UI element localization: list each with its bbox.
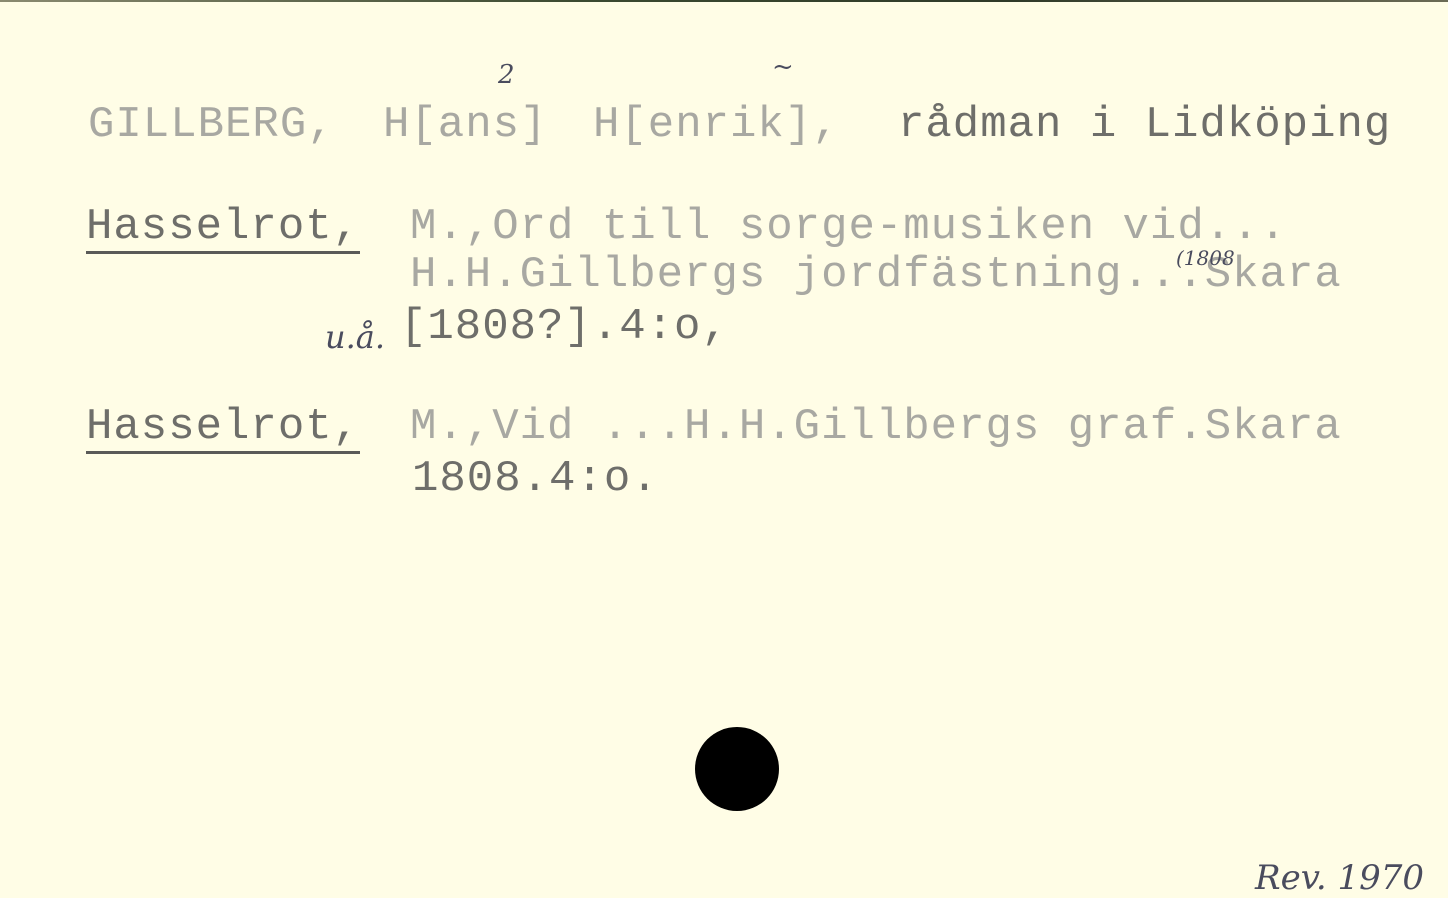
entry-1-author: Hasselrot, xyxy=(86,205,360,254)
revision-note: Rev. 1970 xyxy=(1255,858,1424,898)
entry-1-handwritten-prefix: u.å. xyxy=(325,318,385,356)
entry-1-line-1: M.,Ord till sorge-musiken vid... xyxy=(410,205,1287,249)
heading-given-name-2: H[enrik], xyxy=(593,103,840,147)
entry-1-line-3: [1808?].4:o, xyxy=(400,305,729,349)
entry-2-author: Hasselrot, xyxy=(86,405,360,454)
entry-1-handwritten-insert: (1808 xyxy=(1176,246,1235,270)
hole-punch xyxy=(695,727,779,811)
entry-2-line-1: M.,Vid ...H.H.Gillbergs graf.Skara xyxy=(410,405,1342,449)
handwritten-annotation-tilde: ~ xyxy=(772,52,794,82)
card-top-edge xyxy=(0,0,1448,2)
heading-surname: GILLBERG, xyxy=(88,103,335,147)
entry-2-line-2: 1808.4:o. xyxy=(412,457,659,501)
handwritten-annotation-2: 2 xyxy=(498,60,515,90)
heading-description: rådman i Lidköping xyxy=(898,103,1391,147)
catalog-card: GILLBERG, H[ans] H[enrik], rådman i Lidk… xyxy=(0,0,1448,898)
heading-given-name-1: H[ans] xyxy=(383,103,547,147)
